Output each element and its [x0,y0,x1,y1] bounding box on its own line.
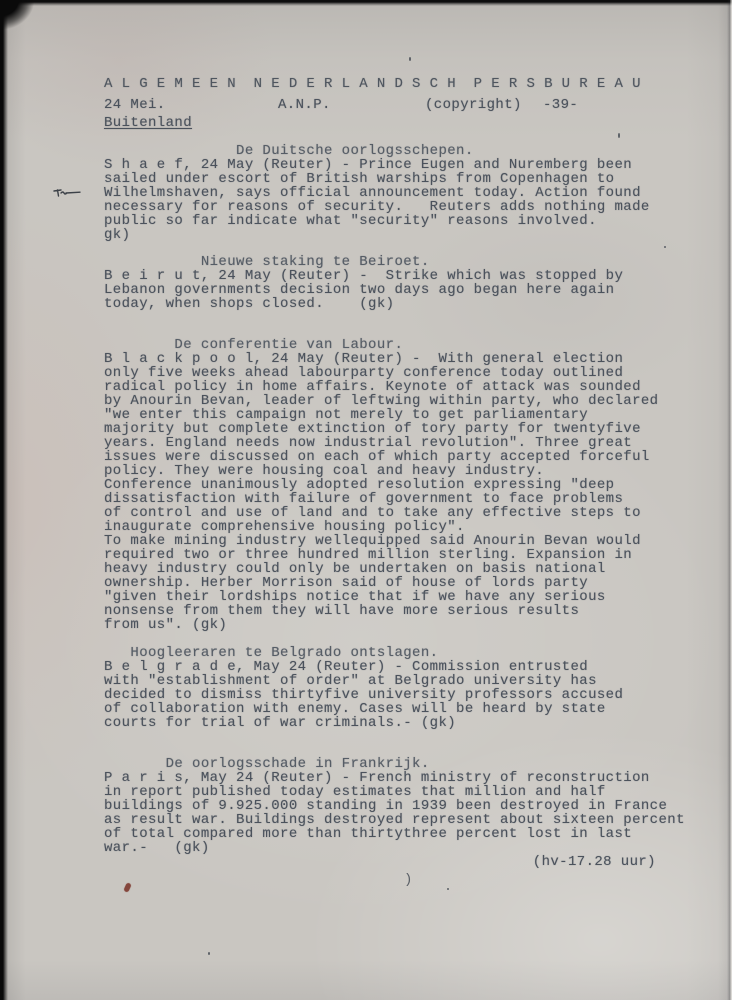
photo-edge-shadow-left [0,0,8,1000]
photo-edge-shadow-right [727,0,732,1000]
copyright-notice: (copyright) [425,98,522,112]
article-line: ownership. Herber Morrison said of house… [104,576,716,590]
paper-speck [409,57,411,61]
article-line: war.- (gk) [104,841,716,855]
article-line: B l a c k p o o l, 24 May (Reuter) - Wit… [104,352,716,366]
article-line: buildings of 9.925.000 standing in 1939 … [104,799,716,813]
article: De oorlogsschade in Frankrijk.P a r i s,… [104,757,716,855]
paper-speck [208,952,210,955]
article: Nieuwe staking te Beiroet.B e i r u t, 2… [104,255,716,311]
article-line: "given their lordships notice that if we… [104,590,716,604]
scanned-document-photo: A L G E M E E N N E D E R L A N D S C H … [0,0,732,1000]
article-line: issues were discussed on each of which p… [104,450,716,464]
date: 24 Mei. [104,98,166,112]
masthead: A L G E M E E N N E D E R L A N D S C H … [104,77,716,91]
article-line: nonsense from them they will have more s… [104,604,716,618]
paper-speck [618,133,620,138]
article: De Duitsche oorlogsschepen.S h a e f, 24… [104,144,716,242]
photo-edge-shadow-top [0,0,732,6]
article-line: B e l g r a d e, May 24 (Reuter) - Commi… [104,660,716,674]
article-line: S h a e f, 24 May (Reuter) - Prince Euge… [104,158,716,172]
article-line: policy. They were housing coal and heavy… [104,464,716,478]
paper-speck [664,246,666,248]
article-heading: Nieuwe staking te Beiroet. [104,255,716,269]
article-line: of control and use of land and to take a… [104,506,716,520]
article-heading: De conferentie van Labour. [104,338,716,352]
article-line: today, when shops closed. (gk) [104,297,716,311]
article-line: Wilhelmshaven, says official announcemen… [104,186,716,200]
header-row: 24 Mei. A.N.P. (copyright) -39- [104,98,716,112]
article-line: of collaboration with enemy. Cases will … [104,702,716,716]
article-line: dissatisfaction with failure of governme… [104,492,716,506]
article-line: sailed under escort of British warships … [104,172,716,186]
agency-abbreviation: A.N.P. [278,98,331,112]
article-heading: De oorlogsschade in Frankrijk. [104,757,716,771]
transmission-timestamp: (hv-17.28 uur) [104,855,716,869]
articles-container: De Duitsche oorlogsschepen.S h a e f, 24… [104,144,716,855]
article-heading: Hoogleeraren te Belgrado ontslagen. [104,646,716,660]
article-line: courts for trial of war criminals.- (gk) [104,716,716,730]
paper-speck [447,888,449,890]
article-line: years. England needs now industrial revo… [104,436,716,450]
section-label: Buitenland [104,116,716,130]
article-line: decided to dismiss thirtyfive university… [104,688,716,702]
article-line: gk) [104,228,716,242]
article-line: radical policy in home affairs. Keynote … [104,380,716,394]
article-line: heavy industry could only be undertaken … [104,562,716,576]
article-line: required two or three hundred million st… [104,548,716,562]
page-number: -39- [543,98,578,112]
article-line: B e i r u t, 24 May (Reuter) - Strike wh… [104,269,716,283]
article-line: majority but complete extinction of tory… [104,422,716,436]
article-line: public so far indicate what "security" r… [104,214,716,228]
article: Hoogleeraren te Belgrado ontslagen.B e l… [104,646,716,730]
typewritten-content: A L G E M E E N N E D E R L A N D S C H … [104,77,716,869]
stray-pen-mark: ) [404,872,412,888]
article-line: from us". (gk) [104,618,716,632]
article-line: of total compared more than thirtythree … [104,827,716,841]
article-line: "we enter this campaign not merely to ge… [104,408,716,422]
red-ink-speck [123,882,131,892]
article-line: as result war. Buildings destroyed repre… [104,813,716,827]
handwritten-margin-mark [52,187,82,201]
article-line: by Anourin Bevan, leader of leftwing wit… [104,394,716,408]
article-line: Lebanon governments decision two days ag… [104,283,716,297]
article-line: necessary for reasons of security. Reute… [104,200,716,214]
article: De conferentie van Labour.B l a c k p o … [104,338,716,632]
article-line: only five weeks ahead labourparty confer… [104,366,716,380]
article-line: inaugurate comprehensive housing policy"… [104,520,716,534]
article-line: with "establishment of order" at Belgrad… [104,674,716,688]
article-line: To make mining industry wellequipped sai… [104,534,716,548]
article-line: Conference unanimously adopted resolutio… [104,478,716,492]
article-heading: De Duitsche oorlogsschepen. [104,144,716,158]
photo-corner-shadow [0,0,46,40]
article-line: P a r i s, May 24 (Reuter) - French mini… [104,771,716,785]
article-line: in report published today estimates that… [104,785,716,799]
